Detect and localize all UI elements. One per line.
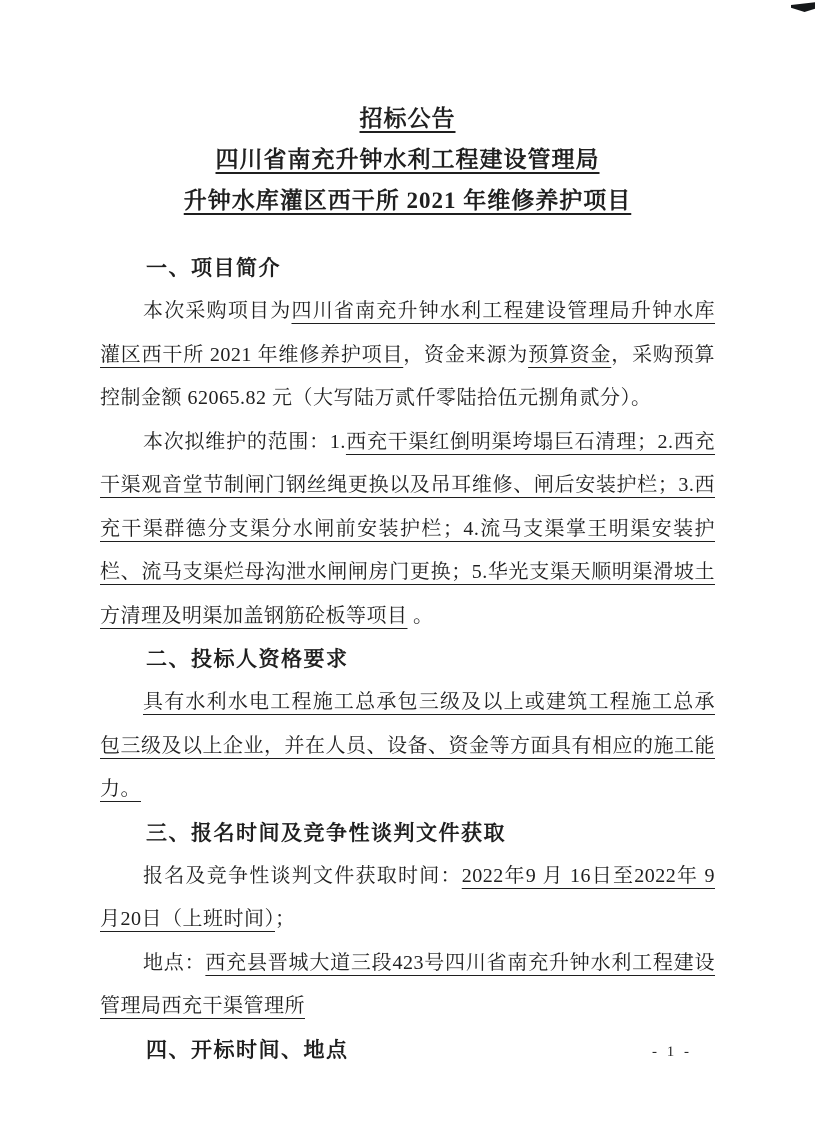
doc-title-text-3: 升钟水库灌区西干所 2021 年维修养护项目 (184, 188, 632, 213)
section-3-paragraph-1: 报名及竞争性谈判文件获取时间：2022年9 月 16日至2022年 9月20日（… (100, 855, 715, 942)
scan-artifact (791, 2, 815, 12)
section-2-heading: 二、投标人资格要求 (100, 638, 715, 681)
text-run: ； (275, 908, 296, 930)
section-1-paragraph-1: 本次采购项目为四川省南充升钟水利工程建设管理局升钟水库灌区西干所 2021 年维… (100, 290, 715, 421)
section-4-heading: 四、开标时间、地点 (100, 1029, 715, 1072)
doc-title-line-2: 四川省南充升钟水利工程建设管理局 (100, 139, 715, 180)
title-block: 招标公告 四川省南充升钟水利工程建设管理局 升钟水库灌区西干所 2021 年维修… (100, 98, 715, 221)
section-3-paragraph-2: 地点：西充县晋城大道三段423号四川省南充升钟水利工程建设管理局西充干渠管理所 (100, 942, 715, 1029)
underlined-text-run: 西充干渠红倒明渠垮塌巨石清理；2.西充干渠观音堂节制闸门钢丝绳更换以及吊耳维修、… (100, 431, 715, 627)
page-number: - 1 - (640, 1044, 704, 1061)
doc-title-text-2: 四川省南充升钟水利工程建设管理局 (216, 147, 600, 172)
text-run: 地点： (143, 952, 205, 974)
text-run: 。 (408, 605, 434, 627)
section-3-heading: 三、报名时间及竞争性谈判文件获取 (100, 812, 715, 855)
text-run: 报名及竞争性谈判文件获取时间： (143, 865, 462, 887)
section-1-heading: 一、项目简介 (100, 247, 715, 290)
doc-title-line-3: 升钟水库灌区西干所 2021 年维修养护项目 (100, 180, 715, 221)
document-content: 招标公告 四川省南充升钟水利工程建设管理局 升钟水库灌区西干所 2021 年维修… (100, 98, 715, 1072)
underlined-text-run: 具有水利水电工程施工总承包三级及以上或建筑工程施工总承包三级及以上企业，并在人员… (100, 691, 715, 800)
document-page: 招标公告 四川省南充升钟水利工程建设管理局 升钟水库灌区西干所 2021 年维修… (0, 0, 815, 1121)
text-run: 本次采购项目为 (143, 300, 291, 322)
text-run: 本次拟维护的范围：1. (143, 431, 346, 453)
section-2-paragraph-1: 具有水利水电工程施工总承包三级及以上或建筑工程施工总承包三级及以上企业，并在人员… (100, 681, 715, 812)
section-1-paragraph-2: 本次拟维护的范围：1.西充干渠红倒明渠垮塌巨石清理；2.西充干渠观音堂节制闸门钢… (100, 421, 715, 639)
text-run: ，资金来源为 (403, 344, 528, 366)
doc-title-text-1: 招标公告 (360, 106, 456, 131)
underlined-text-run: 预算资金 (528, 344, 611, 366)
doc-title-line-1: 招标公告 (100, 98, 715, 139)
